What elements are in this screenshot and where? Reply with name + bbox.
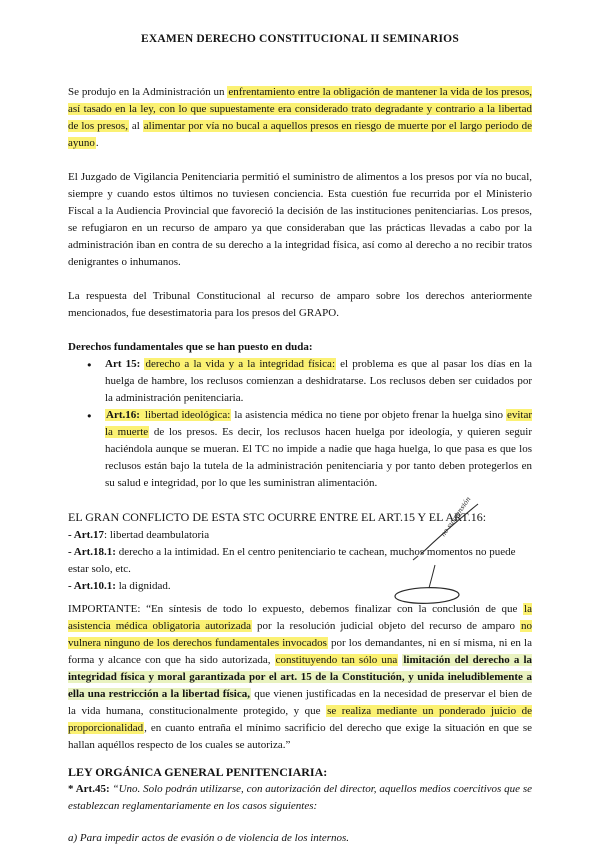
bullet-art16: ●Art.16: libertad ideológica: la asisten… xyxy=(68,407,532,492)
text-run: El Juzgado de Vigilancia Penitenciaria p… xyxy=(68,171,532,268)
text-run: Art 15: xyxy=(105,358,140,370)
text-run: Derechos fundamentales que se han puesto… xyxy=(68,341,313,353)
text-run: derecho a la vida y a la integridad físi… xyxy=(144,358,336,370)
text-run: de los presos. Es decir, los reclusos ha… xyxy=(105,426,532,489)
text-run: al xyxy=(129,120,143,132)
text-run: La respuesta del Tribunal Constitucional… xyxy=(68,290,532,319)
text-run: la asistencia médica no tiene por objeto… xyxy=(231,409,506,421)
text-run: Se produjo en la Administración un xyxy=(68,86,227,98)
text-run: a) Para impedir actos de evasión o de vi… xyxy=(68,832,349,844)
text-run: LEY ORGÁNICA GENERAL PENITENCIARIA: xyxy=(68,765,327,779)
text-run: constituyendo tan sólo una xyxy=(275,654,399,666)
text-run: “Uno. Solo podrán utilizarse, con autori… xyxy=(68,783,532,812)
text-run: . xyxy=(96,137,99,149)
text-run: la dignidad. xyxy=(116,580,171,592)
bullet-icon: ● xyxy=(87,360,92,370)
importante-paragraph: IMPORTANTE: “En síntesis de todo lo expu… xyxy=(68,601,532,754)
conflicto-heading: EL GRAN CONFLICTO DE ESTA STC OCURRE ENT… xyxy=(68,509,532,526)
derechos-heading: Derechos fundamentales que se han puesto… xyxy=(68,339,532,356)
art10-line: - Art.10.1: la dignidad. xyxy=(68,578,532,595)
medios-coercitivos-item-a: a) Para impedir actos de evasión o de vi… xyxy=(68,830,532,847)
text-run: IMPORTANTE: “En síntesis de todo lo expu… xyxy=(68,603,523,615)
text-run: - Art.10.1: xyxy=(68,580,116,592)
text-run: : libertad deambulatoria xyxy=(104,529,209,541)
art17-line: - Art.17: libertad deambulatoria xyxy=(68,527,532,544)
text-run: * Art.45: xyxy=(68,783,112,795)
text-run: EL GRAN CONFLICTO DE ESTA STC OCURRE ENT… xyxy=(68,510,486,524)
bullet-art15: ●Art 15: derecho a la vida y a la integr… xyxy=(68,356,532,407)
art45-paragraph: * Art.45: “Uno. Solo podrán utilizarse, … xyxy=(68,781,532,815)
document-title: EXAMEN DERECHO CONSTITUCIONAL II SEMINAR… xyxy=(68,31,532,48)
document-body: Se produjo en la Administración un enfre… xyxy=(68,84,532,847)
respuesta-paragraph: La respuesta del Tribunal Constitucional… xyxy=(68,288,532,322)
juzgado-paragraph: El Juzgado de Vigilancia Penitenciaria p… xyxy=(68,169,532,271)
ley-organica-heading: LEY ORGÁNICA GENERAL PENITENCIARIA: xyxy=(68,764,532,781)
text-run: - Art.17 xyxy=(68,529,104,541)
art18-line: - Art.18.1: derecho a la intimidad. En e… xyxy=(68,544,532,578)
text-run: libertad ideológica: xyxy=(141,409,231,421)
intro-paragraph: Se produjo en la Administración un enfre… xyxy=(68,84,532,152)
text-run: derecho a la intimidad. En el centro pen… xyxy=(68,546,516,575)
bullet-icon: ● xyxy=(87,411,92,421)
document-page: EXAMEN DERECHO CONSTITUCIONAL II SEMINAR… xyxy=(0,0,600,848)
derechos-list: ●Art 15: derecho a la vida y a la integr… xyxy=(68,356,532,492)
text-run: Art.16: xyxy=(105,409,141,421)
text-run: por la resolución judicial objeto del re… xyxy=(252,620,520,632)
text-run: - Art.18.1: xyxy=(68,546,116,558)
